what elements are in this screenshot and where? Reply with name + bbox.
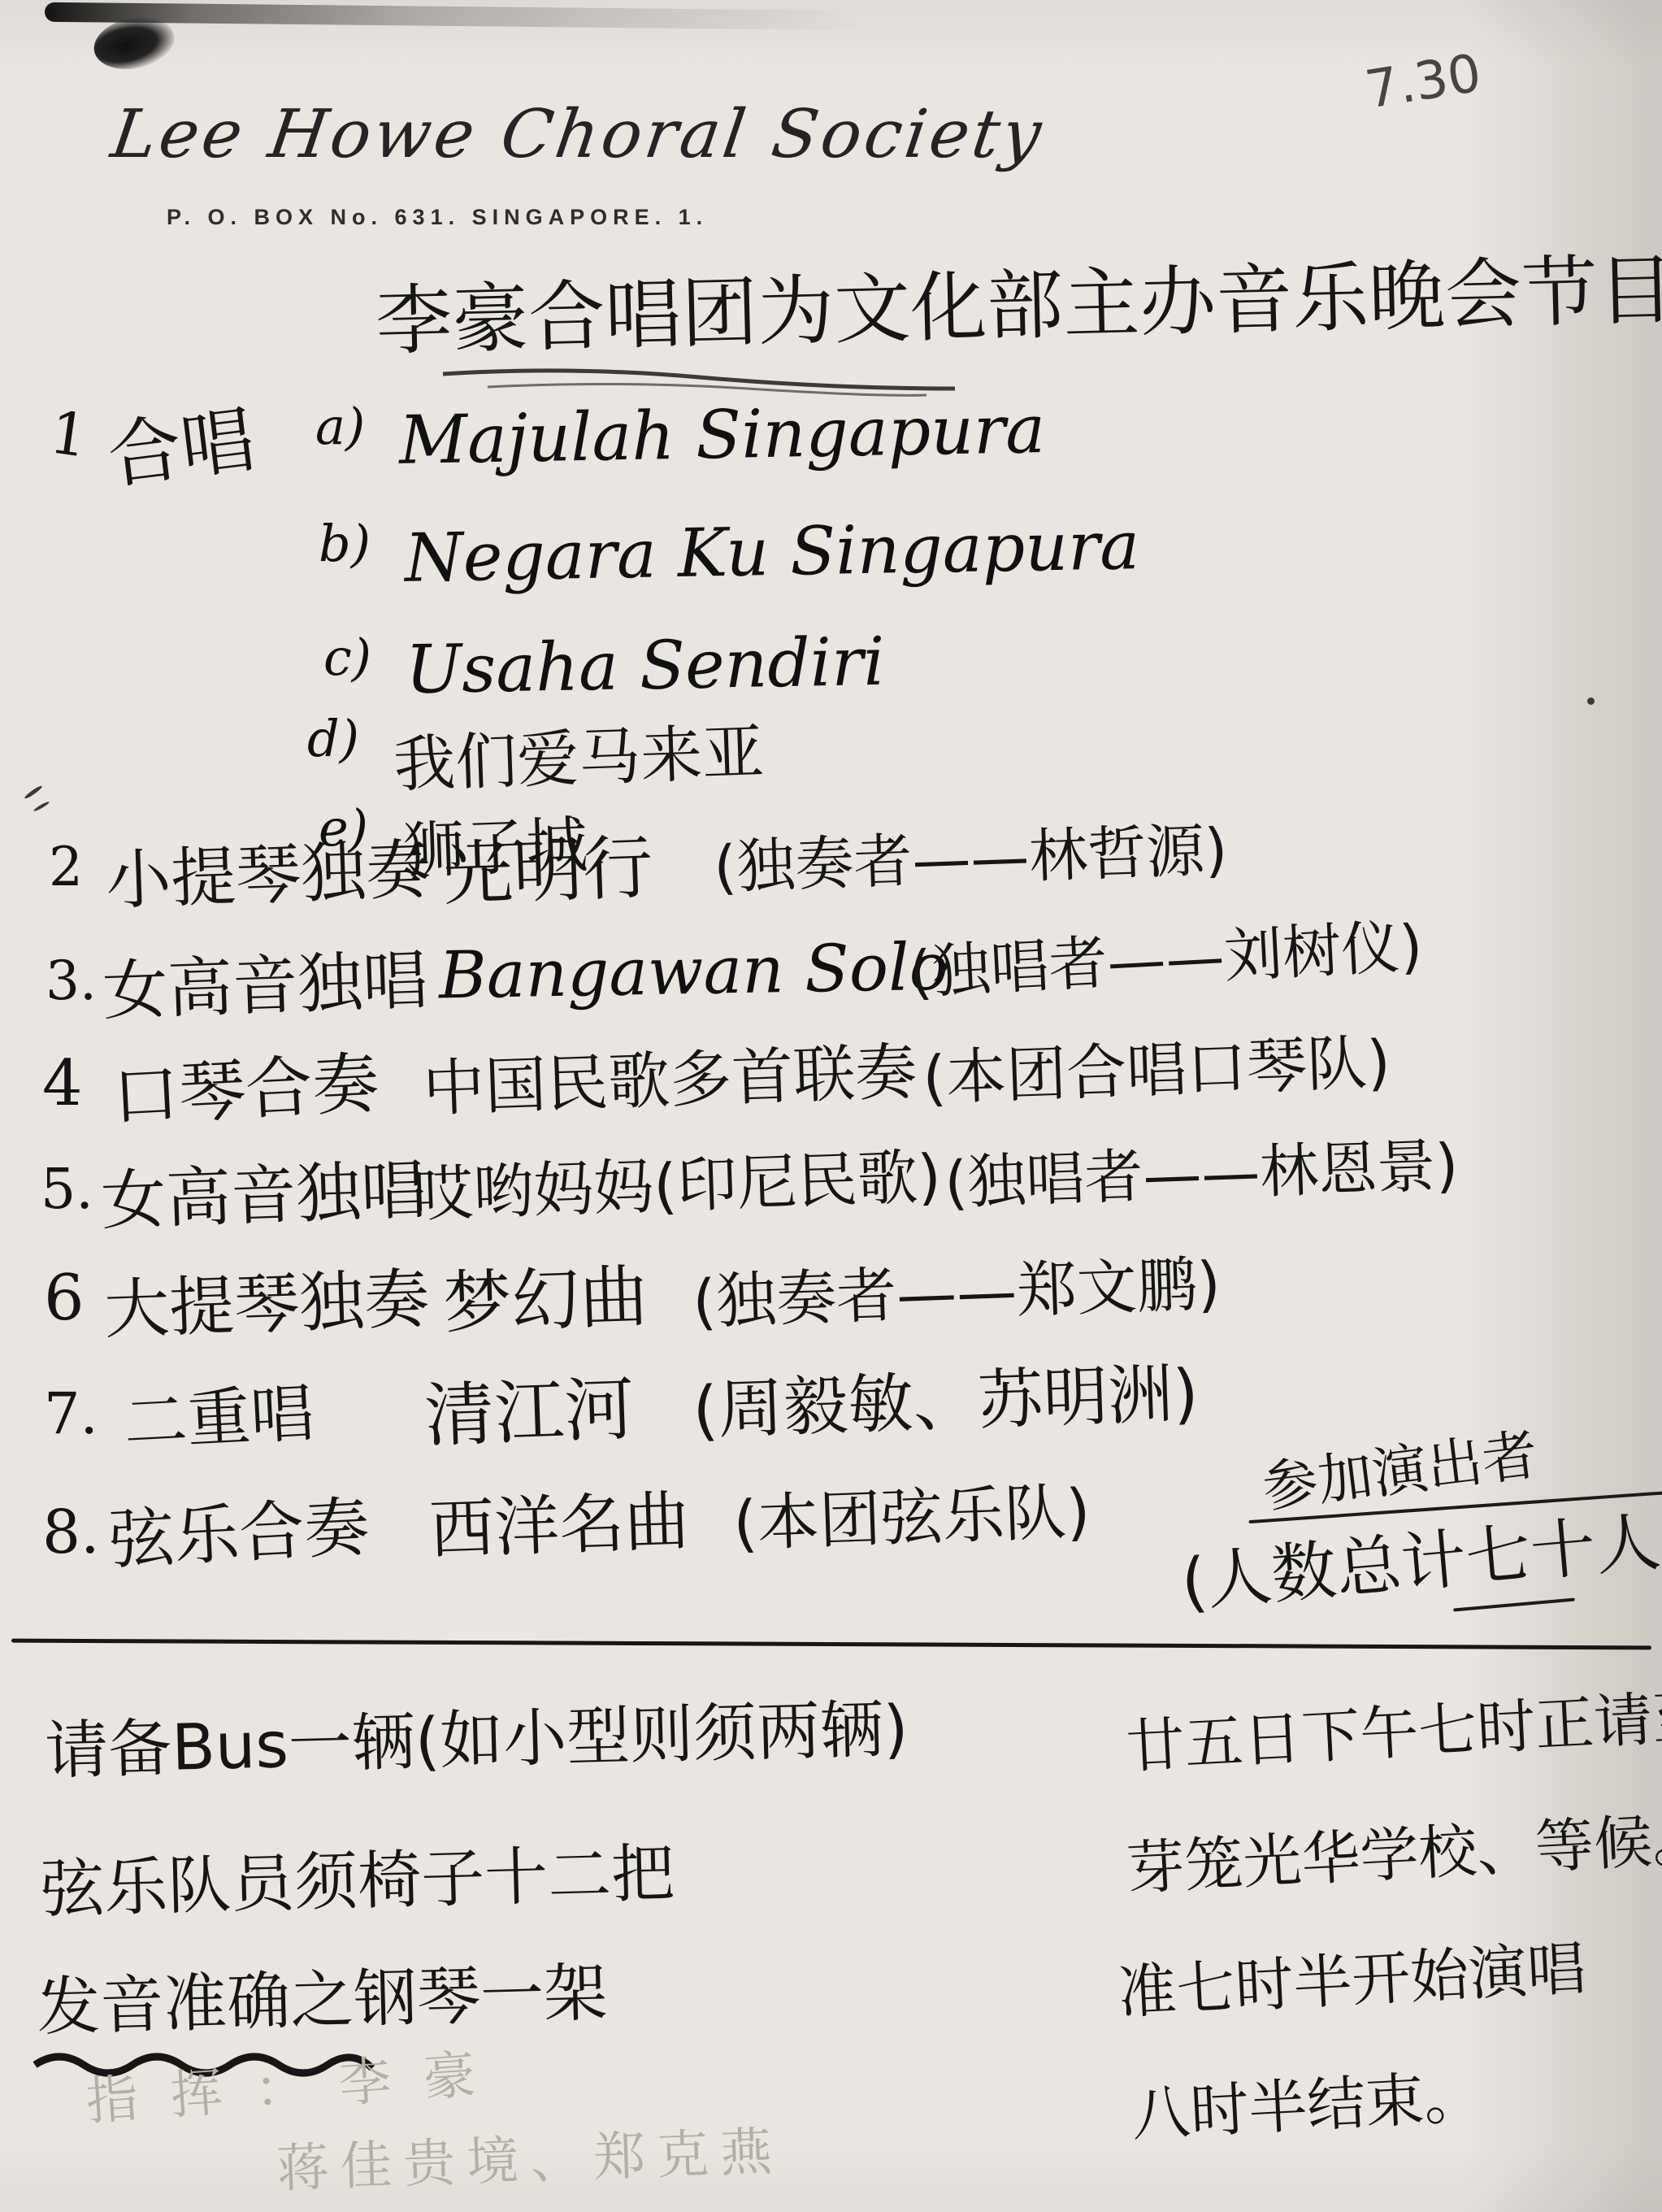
pencil-note-names: 蒋佳贵境、郑克燕 <box>276 2110 785 2202</box>
document-title: 李豪合唱团为文化部主办音乐晚会节目内容 <box>375 224 1662 370</box>
footer-note-chairs: 弦乐队员须椅子十二把 <box>40 1823 676 1930</box>
scan-mark-left-edge <box>24 784 43 800</box>
footer-time-assemble: 廿五日下午七时正请至 <box>1124 1669 1662 1784</box>
subitem-c-label: c) <box>323 628 371 687</box>
program-item-8-number: 8. <box>42 1497 100 1567</box>
title-underline-stroke <box>439 364 959 397</box>
program-item-2-performers: (独奏者——林哲源) <box>712 802 1228 905</box>
program-item-7-piece: 清江河 <box>423 1353 636 1461</box>
program-subitem-d: d) 我们爱马来亚 <box>307 709 764 797</box>
program-subitem-b: b) Negara Ku Singapura <box>319 514 1139 591</box>
program-item-8-performers: (本团弦乐队) <box>731 1462 1091 1562</box>
section-divider-line <box>11 1639 1651 1650</box>
program-item-8-category: 弦乐合奏 <box>106 1475 371 1582</box>
program-item-3-performers: (独唱者——刘树仪) <box>907 899 1425 1010</box>
program-item-6-category: 大提琴独奏 <box>102 1246 431 1351</box>
footer-start-time: 准七时半开始演唱 <box>1116 1921 1588 2030</box>
program-item-6-performers: (独奏者——郑文鹏) <box>691 1236 1222 1341</box>
program-item-5-category: 女高音独唱 <box>99 1137 427 1242</box>
footer-end-time: 八时半结束。 <box>1130 2049 1485 2152</box>
program-item-1-number: 1 <box>46 398 92 471</box>
program-item-7-category: 二重唱 <box>121 1362 316 1463</box>
program-item-6-piece: 梦幻曲 <box>441 1242 649 1348</box>
program-item-4-piece: 中国民歌多首联奏 <box>421 1022 918 1128</box>
program-subitem-a: a) Majulah Singapura <box>315 397 1045 474</box>
program-item-5-piece: 哎哟妈妈(印尼民歌) <box>411 1129 942 1234</box>
program-item-1-category: 合唱 <box>102 380 260 503</box>
subitem-b-label: b) <box>319 514 371 573</box>
program-item-3-number: 3. <box>46 950 97 1012</box>
subitem-c-text: Usaha Sendiri <box>405 624 885 709</box>
letterhead-address: P. O. BOX No. 631. SINGAPORE. 1. <box>167 205 708 230</box>
subitem-a-label: a) <box>315 397 365 456</box>
scan-mark-left-edge <box>33 801 50 812</box>
pencil-note-conductor: 指挥：李豪 <box>83 2031 510 2135</box>
subitem-d-text: 我们爱马来亚 <box>392 702 766 804</box>
scanned-document-page: 7.30 Lee Howe Choral Society P. O. BOX N… <box>0 0 1662 2212</box>
footer-note-bus: 请备Bus一辆(如小型则须两辆) <box>44 1678 909 1792</box>
program-item-5-performers: (独唱者——林恩景) <box>943 1118 1459 1220</box>
program-item-6-number: 6 <box>44 1262 85 1335</box>
program-item-4-category: 口琴合奏 <box>110 1030 381 1139</box>
subitem-a-text: Majulah Singapura <box>398 391 1046 480</box>
program-item-7-performers: (周毅敏、苏明洲) <box>691 1341 1200 1452</box>
program-item-3-category: 女高音独唱 <box>101 928 429 1032</box>
program-item-2-piece: 光明行 <box>441 811 654 919</box>
program-item-3-piece: Bangawan Solo <box>438 929 948 1014</box>
scan-speck <box>1587 697 1595 705</box>
handwritten-time-note: 7.30 <box>1361 43 1485 120</box>
subitem-b-text: Negara Ku Singapura <box>404 507 1140 598</box>
letterhead-org-name: Lee Howe Choral Society <box>106 96 1048 173</box>
program-item-2-number: 2 <box>49 836 83 898</box>
program-item-4-number: 4 <box>42 1047 83 1120</box>
program-subitem-c: c) Usaha Sendiri <box>323 628 884 705</box>
program-item-8-piece: 西洋名曲 <box>427 1468 691 1571</box>
program-item-4-performers: (本团合唱口琴队) <box>921 1015 1391 1117</box>
program-item-5-number: 5. <box>41 1158 93 1222</box>
footer-note-piano: 发音准确之钢琴一架 <box>36 1942 609 2048</box>
program-item-7-number: 7. <box>44 1380 98 1447</box>
headcount-underline <box>1453 1597 1575 1611</box>
subitem-d-label: d) <box>307 709 359 768</box>
program-item-2-category: 小提琴独奏 <box>104 817 432 922</box>
footer-venue: 芽笼光华学校、等候。 <box>1124 1791 1662 1906</box>
